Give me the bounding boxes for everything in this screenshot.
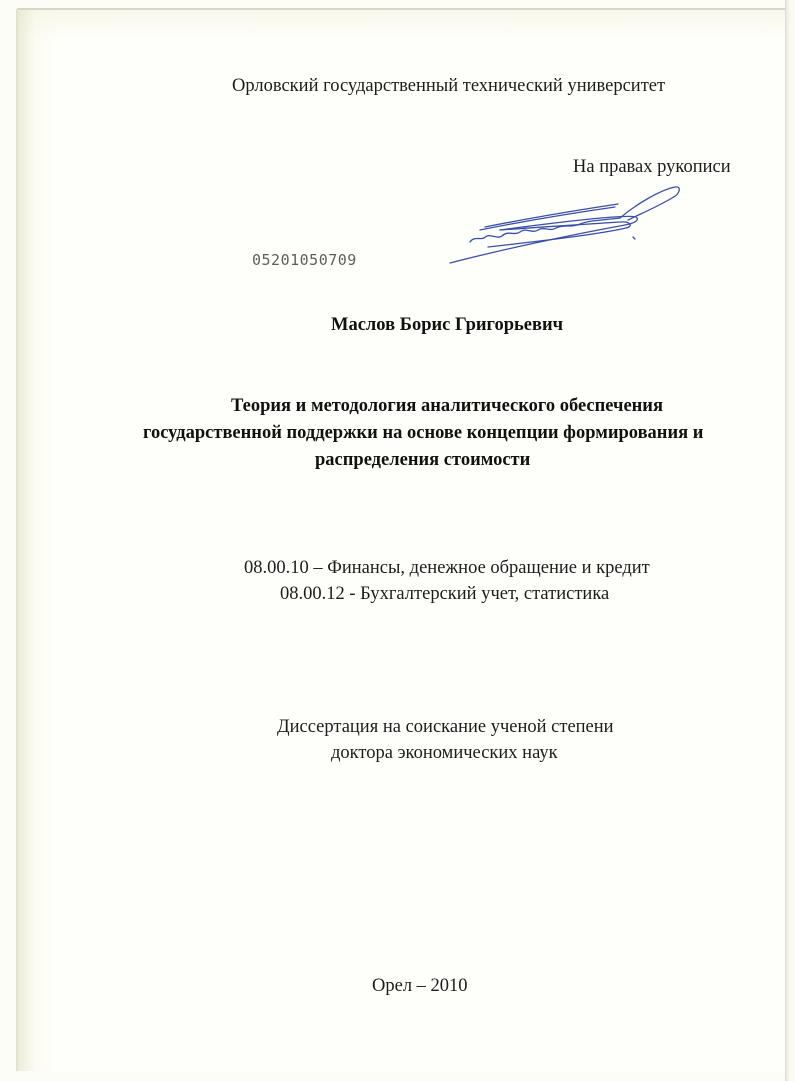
institution-name: Орловский государственный технический ун… (232, 77, 665, 96)
thesis-title-line-3: распределения стоимости (315, 451, 530, 470)
author-name: Маслов Борис Григорьевич (331, 316, 563, 335)
page-left-edge (16, 9, 18, 1071)
signature-icon (440, 180, 700, 280)
scanned-page: Орловский государственный технический ун… (0, 0, 795, 1081)
degree-line-1: Диссертация на соискание ученой степени (277, 718, 614, 737)
page-top-edge (17, 8, 785, 10)
thesis-title-line-2: государственной поддержки на основе конц… (143, 424, 703, 443)
registration-number: 05201050709 (252, 251, 357, 269)
page-right-edge (785, 0, 795, 1081)
manuscript-note: На правах рукописи (573, 158, 731, 177)
thesis-title-line-1: Теория и методология аналитического обес… (231, 397, 663, 416)
degree-line-2: доктора экономических наук (331, 744, 558, 763)
specialty-line-1: 08.00.10 – Финансы, денежное обращение и… (244, 559, 650, 578)
specialty-line-2: 08.00.12 - Бухгалтерский учет, статистик… (280, 585, 609, 604)
city-year: Орел – 2010 (372, 977, 468, 996)
